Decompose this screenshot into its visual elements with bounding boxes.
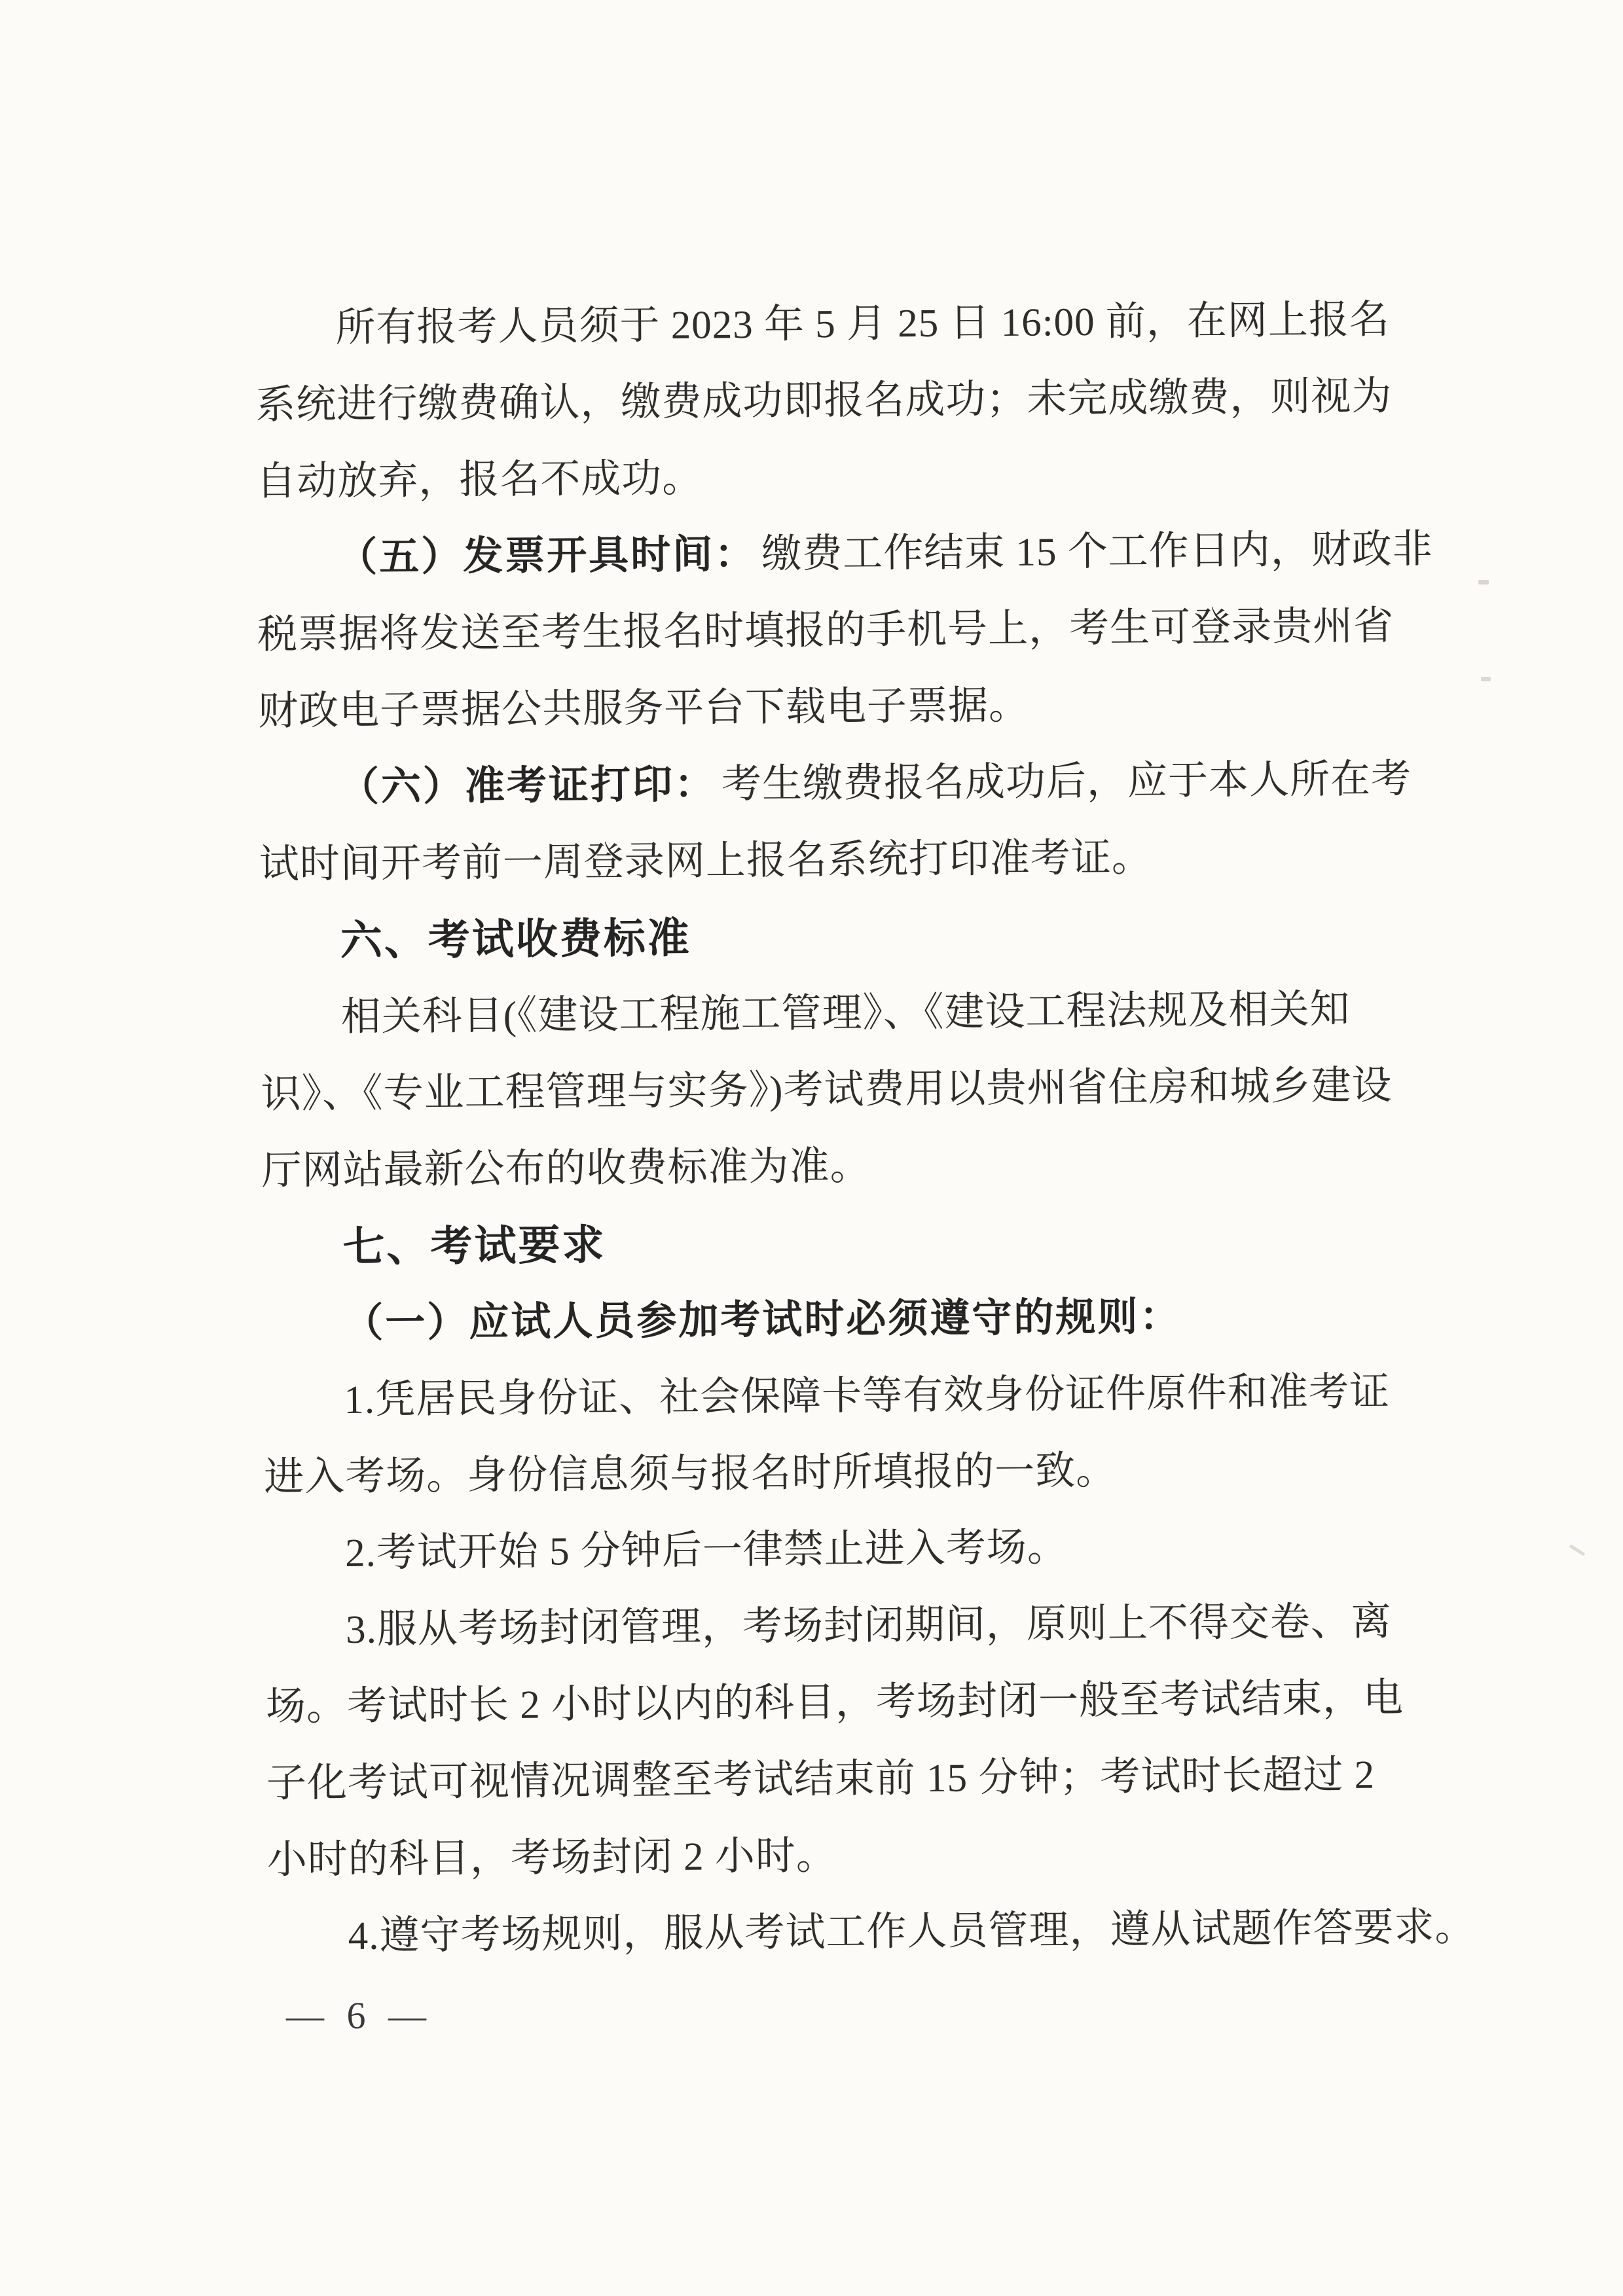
para-fee-standard-line1: 相关科目(《建设工程施工管理》、《建设工程法规及相关知 — [260, 971, 1439, 1056]
rule-3-line4: 小时的科目，考场封闭 2 小时。 — [266, 1813, 1446, 1899]
item-5-invoice-time-line3: 财政电子票据公共服务平台下载电子票据。 — [258, 664, 1437, 750]
document-page: 所有报考人员须于 2023 年 5 月 25 日 16:00 前，在网上报名 系… — [0, 0, 1623, 2296]
rule-3-line1: 3.服从考场封闭管理，考场封闭期间，原则上不得交卷、离 — [265, 1583, 1444, 1669]
item-5-label: （五）发票开具时间： — [337, 533, 757, 580]
item-6-label: （六）准考证打印： — [339, 762, 717, 810]
item-6-admission-ticket-line2: 试时间开考前一周登录网上报名系统打印准考证。 — [259, 817, 1438, 903]
scan-artifact — [1481, 677, 1491, 681]
rule-3-line2: 场。考试时长 2 小时以内的科目，考场封闭一般至考试结束，电 — [266, 1660, 1445, 1746]
rule-4-line1: 4.遵守考场规则，服从考试工作人员管理，遵从试题作答要求。 — [267, 1890, 1446, 1975]
para-fee-standard-line2: 识》、《专业工程管理与实务》)考试费用以贵州省住房和城乡建设 — [261, 1047, 1440, 1133]
rule-1-line2: 进入考场。身份信息须与报名时所填报的一致。 — [264, 1430, 1443, 1516]
scan-artifact — [1569, 1544, 1586, 1556]
para-fee-standard-line3: 厅网站最新公布的收费标准为准。 — [261, 1124, 1440, 1210]
section-heading-exam-fees: 六、考试收费标准 — [259, 894, 1438, 980]
para-payment-deadline-line3: 自动放弃，报名不成功。 — [256, 435, 1435, 520]
para-payment-deadline-line2: 系统进行缴费确认，缴费成功即报名成功；未完成缴费，则视为 — [255, 358, 1434, 444]
item-6-admission-ticket-line1: （六）准考证打印：考生缴费报名成功后，应于本人所在考 — [259, 741, 1438, 827]
item-5-invoice-time-line1: （五）发票开具时间：缴费工作结束 15 个工作日内，财政非 — [257, 511, 1436, 597]
item-5-invoice-time-line2: 税票据将发送至考生报名时填报的手机号上，考生可登录贵州省 — [257, 588, 1436, 673]
item-6-text: 考生缴费报名成功后，应于本人所在考 — [721, 757, 1412, 806]
para-payment-deadline-line1: 所有报考人员须于 2023 年 5 月 25 日 16:00 前，在网上报名 — [255, 281, 1434, 367]
item-5-text: 缴费工作结束 15 个工作日内，财政非 — [761, 528, 1433, 577]
rule-3-line3: 子化考试可视情况调整至考试结束前 15 分钟；考试时长超过 2 — [266, 1736, 1445, 1822]
rule-1-line1: 1.凭居民身份证、社会保障卡等有效身份证件原件和准考证 — [263, 1354, 1442, 1439]
section-heading-exam-requirements: 七、考试要求 — [262, 1200, 1441, 1286]
scan-artifact — [1478, 580, 1489, 584]
page-number: — 6 — — [286, 1994, 433, 2037]
document-text-block: 所有报考人员须于 2023 年 5 月 25 日 16:00 前，在网上报名 系… — [255, 281, 1446, 1975]
subsection-rules-heading: （一）应试人员参加考试时必须遵守的规则： — [263, 1277, 1442, 1363]
rule-2-line1: 2.考试开始 5 分钟后一律禁止进入考场。 — [264, 1507, 1444, 1592]
